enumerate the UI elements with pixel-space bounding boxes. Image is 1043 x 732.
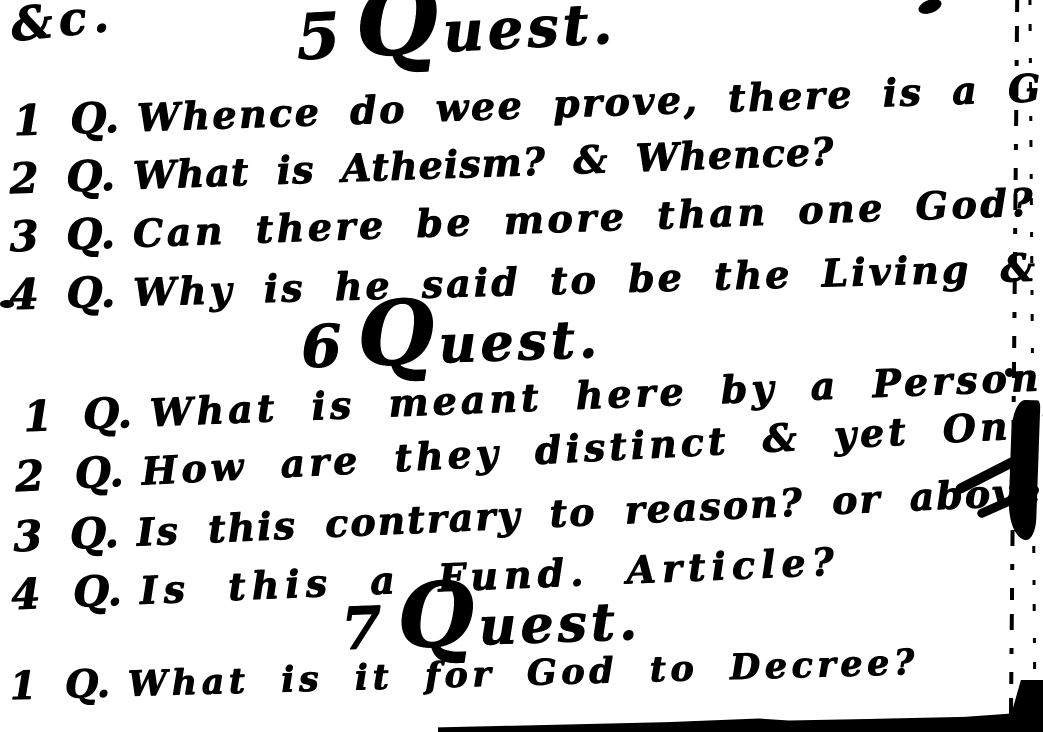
marginalia-note: &c. — [8, 0, 117, 52]
question-number: 1 Q. — [22, 388, 132, 441]
heading-word: Quest. — [354, 0, 617, 70]
question-number: 2 Q. — [8, 150, 115, 203]
question-number: 4 Q. — [9, 267, 116, 319]
heading-number: 6 — [300, 310, 347, 381]
question-number: 3 Q. — [12, 507, 120, 561]
manuscript-page-scan: &c. 5Quest. 1 Q.Whence do wee prove, the… — [0, 0, 1043, 732]
section-heading-6: 6Quest. — [300, 302, 602, 381]
section-heading-5: 5Quest. — [294, 0, 617, 74]
ink-speck — [0, 300, 14, 308]
question-number: 2 Q. — [13, 446, 124, 501]
question-line: 1 Q.Whence do wee prove, there is a God? — [12, 59, 1043, 145]
bottom-scan-edge-bar — [438, 706, 1043, 732]
binding-ink-blotch — [1008, 400, 1041, 541]
ink-speck — [917, 0, 944, 17]
ink-speck — [1005, 368, 1014, 377]
bottom-right-corner-ink-block — [1009, 680, 1043, 732]
question-text: What is it for God to Decree? — [127, 642, 919, 705]
question-number: 1 Q. — [9, 661, 110, 709]
question-text: Whence do wee prove, there is a God? — [136, 62, 1043, 140]
heading-number: 7 — [340, 592, 387, 663]
heading-word: Quest. — [356, 309, 601, 378]
heading-number: 5 — [294, 0, 345, 74]
question-number: 4 Q. — [10, 565, 122, 619]
question-number: 1 Q. — [12, 93, 119, 145]
question-number: 3 Q. — [8, 208, 115, 261]
